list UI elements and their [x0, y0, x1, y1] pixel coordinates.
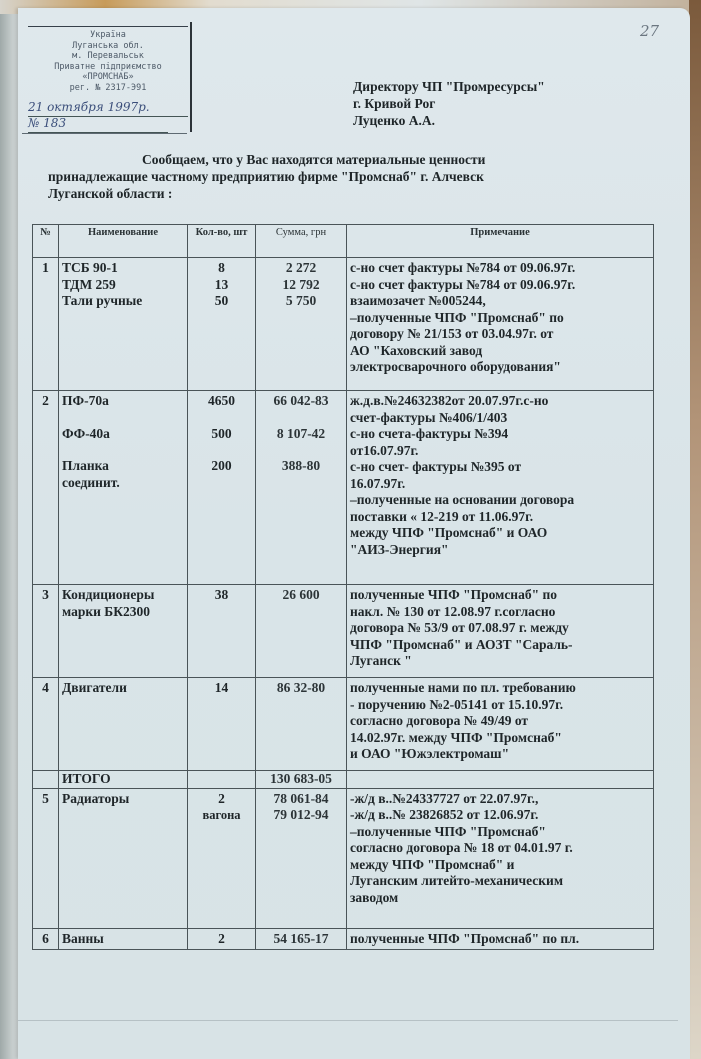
header-name: Наименование	[59, 225, 188, 258]
header-sum: Сумма, грн	[256, 225, 347, 258]
item-name: Ванны	[62, 931, 184, 948]
row-sum: 86 32-80	[256, 678, 347, 771]
note-line: электросварочного оборудования"	[350, 359, 650, 376]
item-sum: 388-80	[259, 458, 343, 475]
row-qty: 14	[188, 678, 256, 771]
note-line: –полученные ЧПФ "Промснаб"	[350, 824, 650, 841]
item-sum: 5 750	[259, 293, 343, 310]
row-note: -ж/д в..№24337727 от 22.07.97г., -ж/д в.…	[347, 788, 654, 928]
table-row: 6 Ванны 2 54 165-17 полученные ЧПФ "Пром…	[33, 928, 654, 950]
spacer	[191, 442, 252, 458]
table-row: 1 ТСБ 90-1 ТДМ 259 Тали ручные 8 13 50 2…	[33, 258, 654, 391]
note-line: с-но счет- фактуры №395 от	[350, 459, 650, 476]
item-sum: 12 792	[259, 277, 343, 294]
row-num: 6	[33, 928, 59, 950]
row-note: полученные ЧПФ "Промснаб" по накл. № 130…	[347, 585, 654, 678]
spacer	[191, 410, 252, 426]
item-qty-unit: вагона	[191, 807, 252, 824]
spacer	[62, 442, 184, 458]
item-qty: 13	[191, 277, 252, 294]
table-row: 5 Радиаторы 2 вагона 78 061-84 79 012-94…	[33, 788, 654, 928]
row-sum: 54 165-17	[256, 928, 347, 950]
note-line: с-но счет фактуры №784 от 09.06.97г.	[350, 277, 650, 294]
page-fold-line	[18, 1020, 678, 1021]
row-note: полученные нами по пл. требованию - пору…	[347, 678, 654, 771]
stamp-line: «ПРОМСНАБ»	[33, 72, 183, 83]
item-name: Планка	[62, 458, 184, 475]
note-line: с-но счет фактуры №784 от 09.06.97г.	[350, 260, 650, 277]
stamp-lines: Україна Луганська обл. м. Перевальськ Пр…	[33, 30, 183, 93]
header-note: Примечание	[347, 225, 654, 258]
row-name: Двигатели	[59, 678, 188, 771]
spacer	[62, 410, 184, 426]
addressee-line: Директору ЧП "Промресурсы"	[353, 78, 545, 95]
item-sum: 54 165-17	[259, 931, 343, 948]
item-name: Тали ручные	[62, 293, 184, 310]
page-number: 27	[640, 22, 659, 40]
item-name: Радиаторы	[62, 791, 184, 808]
spacer	[259, 410, 343, 426]
row-sum: 2 272 12 792 5 750	[256, 258, 347, 391]
stamp-line: Україна	[33, 30, 183, 41]
stamp-line: Приватне підприємство	[33, 62, 183, 73]
item-name: ФФ-40а	[62, 426, 184, 443]
row-qty: 38	[188, 585, 256, 678]
addressee-line: Луценко А.А.	[353, 112, 545, 129]
note-line: ж.д.в.№24632382от 20.07.97г.с-но	[350, 393, 650, 410]
row-name: ТСБ 90-1 ТДМ 259 Тали ручные	[59, 258, 188, 391]
row-qty: 2 вагона	[188, 788, 256, 928]
row-sum: 66 042-83 8 107-42 388-80	[256, 391, 347, 585]
note-line: с-но счета-фактуры №394	[350, 426, 650, 443]
header-num: №	[33, 225, 59, 258]
total-qty-empty	[188, 771, 256, 789]
table-header-row: № Наименование Кол-во, шт Сумма, грн При…	[33, 225, 654, 258]
note-line: полученные ЧПФ "Промснаб" по пл.	[350, 931, 650, 948]
item-sum: 79 012-94	[259, 807, 343, 824]
total-sum: 130 683-05	[256, 771, 347, 789]
header-qty: Кол-во, шт	[188, 225, 256, 258]
total-num-empty	[33, 771, 59, 789]
row-num: 4	[33, 678, 59, 771]
spacer	[259, 442, 343, 458]
note-line: Луганским литейто-механическим	[350, 873, 650, 890]
item-name: марки БК2300	[62, 604, 184, 621]
item-sum: 86 32-80	[259, 680, 343, 697]
item-qty: 2	[191, 791, 252, 808]
stamp-line: м. Перевальськ	[33, 51, 183, 62]
note-line: от16.07.97г.	[350, 443, 650, 460]
item-qty: 14	[191, 680, 252, 697]
note-line: -ж/д в..№ 23826852 от 12.06.97г.	[350, 807, 650, 824]
item-sum: 8 107-42	[259, 426, 343, 443]
item-qty: 38	[191, 587, 252, 604]
row-num: 1	[33, 258, 59, 391]
item-name: ТСБ 90-1	[62, 260, 184, 277]
note-line: между ЧПФ "Промснаб" и ОАО	[350, 525, 650, 542]
item-name: соединит.	[62, 475, 184, 492]
note-line: - поручению №2-05141 от 15.10.97г.	[350, 697, 650, 714]
note-line: согласно договора № 49/49 от	[350, 713, 650, 730]
note-line: полученные нами по пл. требованию	[350, 680, 650, 697]
addressee-block: Директору ЧП "Промресурсы" г. Кривой Рог…	[353, 78, 545, 129]
item-qty: 8	[191, 260, 252, 277]
stamp-top-border	[28, 26, 188, 27]
assets-table: № Наименование Кол-во, шт Сумма, грн При…	[32, 224, 654, 950]
table-row: 3 Кондиционеры марки БК2300 38 26 600 по…	[33, 585, 654, 678]
table-row: 2 ПФ-70а ФФ-40а Планка соединит. 4650 50…	[33, 391, 654, 585]
note-line: полученные ЧПФ "Промснаб" по	[350, 587, 650, 604]
row-num: 2	[33, 391, 59, 585]
item-sum: 2 272	[259, 260, 343, 277]
item-sum: 26 600	[259, 587, 343, 604]
note-line: Луганск "	[350, 653, 650, 670]
row-note: полученные ЧПФ "Промснаб" по пл.	[347, 928, 654, 950]
note-line: заводом	[350, 890, 650, 907]
stamp-line: рег. № 2317-Э91	[33, 83, 183, 94]
item-name: ТДМ 259	[62, 277, 184, 294]
stamp-right-border	[190, 22, 192, 132]
registration-stamp: Україна Луганська обл. м. Перевальськ Пр…	[28, 22, 190, 132]
row-sum: 26 600	[256, 585, 347, 678]
item-name: Двигатели	[62, 680, 184, 697]
note-line: ЧПФ "Промснаб" и АОЗТ "Сараль-	[350, 637, 650, 654]
item-name: ПФ-70а	[62, 393, 184, 410]
note-line: –полученные на основании договора	[350, 492, 650, 509]
row-name: Кондиционеры марки БК2300	[59, 585, 188, 678]
note-line: договору № 21/153 от 03.04.97г. от	[350, 326, 650, 343]
note-line: взаимозачет №005244,	[350, 293, 650, 310]
row-qty: 4650 500 200	[188, 391, 256, 585]
row-note: ж.д.в.№24632382от 20.07.97г.с-но счет-фа…	[347, 391, 654, 585]
addressee-line: г. Кривой Рог	[353, 95, 545, 112]
note-line: поставки « 12-219 от 11.06.97г.	[350, 509, 650, 526]
item-qty: 50	[191, 293, 252, 310]
note-line: договора № 53/9 от 07.08.97 г. между	[350, 620, 650, 637]
total-note-empty	[347, 771, 654, 789]
stamp-line: Луганська обл.	[33, 41, 183, 52]
note-line: 14.02.97г. между ЧПФ "Промснаб"	[350, 730, 650, 747]
item-qty: 200	[191, 458, 252, 475]
stamp-number: № 183	[28, 118, 168, 133]
row-qty: 2	[188, 928, 256, 950]
row-num: 3	[33, 585, 59, 678]
stamp-bottom-border	[22, 133, 187, 134]
item-sum: 78 061-84	[259, 791, 343, 808]
item-name: Кондиционеры	[62, 587, 184, 604]
row-note: с-но счет фактуры №784 от 09.06.97г. с-н…	[347, 258, 654, 391]
intro-line: Сообщаем, что у Вас находятся материальн…	[48, 151, 628, 168]
row-qty: 8 13 50	[188, 258, 256, 391]
row-name: Ванны	[59, 928, 188, 950]
item-qty: 2	[191, 931, 252, 948]
background-right-edge	[689, 0, 701, 1059]
row-name: Радиаторы	[59, 788, 188, 928]
item-sum: 66 042-83	[259, 393, 343, 410]
note-line: между ЧПФ "Промснаб" и	[350, 857, 650, 874]
note-line: "АИЗ-Энергия"	[350, 542, 650, 559]
note-line: и ОАО "Южэлектромаш"	[350, 746, 650, 763]
note-line: –полученные ЧПФ "Промснаб" по	[350, 310, 650, 327]
note-line: согласно договора № 18 от 04.01.97 г.	[350, 840, 650, 857]
binder-edge	[0, 0, 20, 1059]
intro-line: Луганской области :	[48, 185, 628, 202]
item-qty: 500	[191, 426, 252, 443]
table-row: 4 Двигатели 14 86 32-80 полученные нами …	[33, 678, 654, 771]
note-line: накл. № 130 от 12.08.97 г.согласно	[350, 604, 650, 621]
note-line: АО "Каховский завод	[350, 343, 650, 360]
row-sum: 78 061-84 79 012-94	[256, 788, 347, 928]
total-label: ИТОГО	[59, 771, 188, 789]
stamp-date: 21 октября 1997р.	[28, 102, 188, 117]
intro-paragraph: Сообщаем, что у Вас находятся материальн…	[48, 151, 628, 202]
total-row: ИТОГО 130 683-05	[33, 771, 654, 789]
note-line: 16.07.97г.	[350, 476, 650, 493]
row-name: ПФ-70а ФФ-40а Планка соединит.	[59, 391, 188, 585]
intro-line: принадлежащие частному предприятию фирме…	[48, 168, 628, 185]
row-num: 5	[33, 788, 59, 928]
note-line: счет-фактуры №406/1/403	[350, 410, 650, 427]
note-line: -ж/д в..№24337727 от 22.07.97г.,	[350, 791, 650, 808]
item-qty: 4650	[191, 393, 252, 410]
